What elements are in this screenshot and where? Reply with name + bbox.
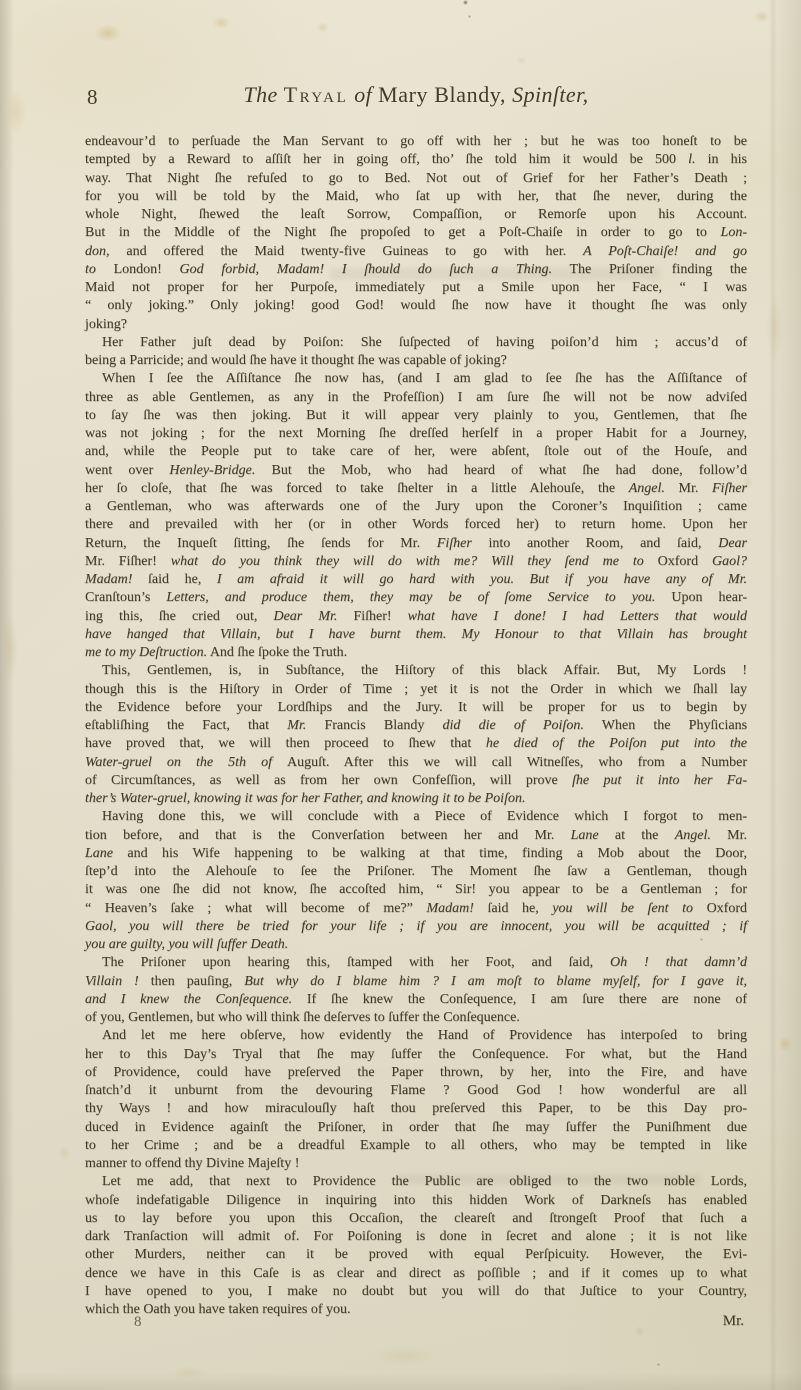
text-line: of Providence, could have preſerved the … <box>85 1064 747 1082</box>
text-segment: Maid not proper for her Purpoſe, immedia… <box>85 280 747 295</box>
text-segment: to ſay ſhe was then joking. But it will … <box>85 408 747 423</box>
text-line: to her Crime ; and be a dreadful Example… <box>85 1137 747 1155</box>
text-line: dence we have in this Caſe is as clear a… <box>85 1265 747 1283</box>
text-segment: a Gentleman, who was afterwards one of t… <box>85 499 747 514</box>
text-segment: what do you think they will do with me? … <box>171 554 658 569</box>
text-segment: you are guilty, you will ſuffer Death. <box>85 937 288 952</box>
text-line: Villain ! then pauſing, But why do I bla… <box>85 973 747 991</box>
text-line: endeavour’d to perſuade the Man Servant … <box>85 133 747 151</box>
text-segment: But in the Middle of the Night ſhe propo… <box>85 225 721 240</box>
text-line: Lane and his Wife happening to be walkin… <box>85 845 747 863</box>
text-segment: Having done this, we will conclude with … <box>102 809 747 824</box>
text-segment: her to this Day’s Tryal that ſhe may ſuf… <box>85 1047 747 1062</box>
text-segment: have proved that, we will then proceed t… <box>85 736 486 751</box>
text-segment: The Priſoner upon hearing this, ſtamped … <box>102 955 610 970</box>
text-segment: duced in Evidence againſt the Priſoner, … <box>85 1120 747 1135</box>
text-line: This, Gentlemen, is, in Subſtance, the H… <box>85 662 747 680</box>
text-segment: which the Oath you have taken requires o… <box>85 1302 351 1317</box>
text-line: Gaol, you will there be tried for your l… <box>85 918 747 936</box>
text-line: whoſe indefatigable Diligence in inquiri… <box>85 1192 747 1210</box>
text-segment: her ſo cloſe, that ſhe was forced to tak… <box>85 481 629 496</box>
text-segment: thy Ways ! and how miraculouſly haſt tho… <box>85 1101 747 1116</box>
text-segment: don, <box>85 244 110 259</box>
text-segment: But why do I blame him ? I am moſt to bl… <box>244 974 747 989</box>
text-segment: tempted by a Reward to aſſiſt her in goi… <box>85 152 688 167</box>
foxing-spot <box>634 1326 645 1337</box>
text-line: and, while the People put to take care o… <box>85 443 747 461</box>
text-line: When I ſee the Aſſiſtance ſhe now has, (… <box>85 370 747 388</box>
text-line: though this is the Hiſtory in Order of T… <box>85 681 747 699</box>
text-segment: Upon hear- <box>655 590 747 605</box>
text-segment: Lane <box>85 846 113 861</box>
text-segment: and his Wife happening to be walking at … <box>113 846 747 861</box>
text-line: there and prevailed with her (or in othe… <box>85 516 747 534</box>
text-segment: manner to offend thy Divine Majeſty ! <box>85 1156 299 1171</box>
foxing-spot <box>372 1346 438 1366</box>
text-segment: Oh ! that damn’d <box>610 955 747 970</box>
text-segment: of Providence, could have preſerved the … <box>85 1065 747 1080</box>
text-segment: in his <box>696 152 748 167</box>
text-line: Maid not proper for her Purpoſe, immedia… <box>85 279 747 297</box>
text-segment: for you will be told by the Maid, who ſa… <box>85 189 747 204</box>
text-segment: And let me here obſerve, how evidently t… <box>102 1028 747 1043</box>
text-line: eſtabliſhing the Fact, that Mr. Francis … <box>85 717 747 735</box>
text-line: which the Oath you have taken requires o… <box>85 1301 747 1319</box>
running-title: The Tryal of Mary Blandy, Spinſter, <box>85 82 747 108</box>
text-segment: l. <box>688 152 695 167</box>
text-segment: Francis Blandy <box>306 718 442 733</box>
text-segment: When the Phyſicians <box>584 718 747 733</box>
text-segment: me to my Deſtruction. <box>85 645 207 660</box>
text-line: you are guilty, you will ſuffer Death. <box>85 936 747 954</box>
text-segment: into another Room, and ſaid, <box>472 536 718 551</box>
text-segment: Mr. <box>665 481 712 496</box>
text-segment: whoſe indefatigable Diligence in inquiri… <box>85 1193 747 1208</box>
text-segment: ſtep’d into the Alehouſe to ſee the Priſ… <box>85 864 747 879</box>
text-line: her to this Day’s Tryal that ſhe may ſuf… <box>85 1046 747 1064</box>
text-segment: Water-gruel on the 5th of <box>85 755 287 770</box>
text-line: ſtep’d into the Alehouſe to ſee the Priſ… <box>85 863 747 881</box>
text-segment: When I ſee the Aſſiſtance ſhe now has, (… <box>102 371 747 386</box>
text-segment: And ſhe ſpoke the Truth. <box>207 645 347 660</box>
text-segment: way. That Night ſhe refuſed to go to Bed… <box>85 171 747 186</box>
text-segment: have hanged that Villain, but I have bur… <box>85 627 747 642</box>
text-segment: Lane <box>571 828 599 843</box>
text-segment: ſnatch’d it unburnt from the devouring F… <box>85 1083 747 1098</box>
text-line: to London! God forbid, Madam! I ſhould d… <box>85 261 747 279</box>
text-segment: I am afraid it will go hard with you. Bu… <box>217 572 747 587</box>
text-segment: “ only joking.” Only joking! good God! w… <box>85 298 747 313</box>
text-segment: was not joking ; for the next Morning ſh… <box>85 426 747 441</box>
text-line: tempted by a Reward to aſſiſt her in goi… <box>85 151 747 169</box>
foxing-spot <box>316 22 329 33</box>
text-segment: Fiſher <box>712 481 747 496</box>
text-line: have proved that, we will then proceed t… <box>85 735 747 753</box>
text-line: her ſo cloſe, that ſhe was forced to tak… <box>85 480 747 498</box>
text-segment: Gaol, you will there be tried for your l… <box>85 919 747 934</box>
text-line: went over Henley-Bridge. But the Mob, wh… <box>85 462 747 480</box>
text-segment: But the Mob, who had heard of what ſhe h… <box>255 463 747 478</box>
text-segment: The <box>243 82 283 107</box>
text-segment: Mr. <box>711 828 747 843</box>
foxing-spot <box>94 24 122 42</box>
page-header: 8 The Tryal of Mary Blandy, Spinſter, <box>85 82 747 114</box>
foxing-spot <box>58 1146 71 1161</box>
page-edge-shading-bottom <box>0 1372 801 1390</box>
text-segment: Fiſher <box>437 536 472 551</box>
catchword: Mr. <box>723 1313 744 1330</box>
signature-mark: 8 <box>134 1314 142 1331</box>
text-segment: Angel. <box>675 828 711 843</box>
text-segment: at the <box>599 828 675 843</box>
text-segment: Mr. <box>287 718 306 733</box>
text-line: being a Parricide; and would ſhe have it… <box>85 352 747 370</box>
text-segment: ſaid he, <box>132 572 216 587</box>
text-segment: of Circumſtances, as well as from her ow… <box>85 773 572 788</box>
text-line: tion before, and that is the Converſatio… <box>85 827 747 845</box>
text-segment: Cranſtoun’s <box>85 590 166 605</box>
text-segment: us to lay before you upon this Occaſion,… <box>85 1211 747 1226</box>
text-line: to ſay ſhe was then joking. But it will … <box>85 407 747 425</box>
text-segment: Dear Mr. <box>273 609 337 624</box>
text-segment: of you, Gentlemen, but who will think ſh… <box>85 1010 520 1025</box>
foxing-spot <box>516 56 527 65</box>
text-line: But in the Middle of the Night ſhe propo… <box>85 224 747 242</box>
text-segment: Mr. Fiſher! <box>85 554 171 569</box>
text-segment: Dear <box>718 536 747 551</box>
text-line: other Murders, neither can it be proved … <box>85 1246 747 1264</box>
text-line: have hanged that Villain, but I have bur… <box>85 626 747 644</box>
text-line: Mr. Fiſher! what do you think they will … <box>85 553 747 571</box>
text-line: three as able Gentlemen, as any in the P… <box>85 389 747 407</box>
ink-speck <box>657 1363 660 1366</box>
text-line: of Circumſtances, as well as from her ow… <box>85 772 747 790</box>
text-line: was not joking ; for the next Morning ſh… <box>85 425 747 443</box>
foxing-spot <box>754 10 770 23</box>
text-line: Return, the Inqueſt ſitting, ſhe ſends f… <box>85 535 747 553</box>
text-segment: went over <box>85 463 169 478</box>
text-segment: “ Heaven’s ſake ; what will become of me… <box>85 901 426 916</box>
text-segment: endeavour’d to perſuade the Man Servant … <box>85 134 747 149</box>
ink-speck <box>468 15 471 18</box>
text-segment: Mary Blandy, <box>378 82 512 107</box>
text-segment: eſtabliſhing the Fact, that <box>85 718 287 733</box>
text-segment: then pauſing, <box>139 974 245 989</box>
page-edge-shading-left <box>0 0 14 1390</box>
text-segment: ſaid he, <box>474 901 552 916</box>
text-line: Water-gruel on the 5th of Auguſt. After … <box>85 754 747 772</box>
text-segment: Gaol? <box>712 554 747 569</box>
foxing-spot <box>212 16 230 29</box>
text-segment: Angel. <box>629 481 665 496</box>
text-line: for you will be told by the Maid, who ſa… <box>85 188 747 206</box>
text-line: dark Tranſaction will admit of. For Poiſ… <box>85 1228 747 1246</box>
text-segment: three as able Gentlemen, as any in the P… <box>85 390 747 405</box>
text-segment: This, Gentlemen, is, in Subſtance, the H… <box>102 663 747 678</box>
text-segment: Madam! <box>85 572 132 587</box>
text-line: I have opened to you, I make no doubt bu… <box>85 1283 747 1301</box>
text-segment: Lon- <box>721 225 747 240</box>
text-segment: ther’s Water-gruel, knowing it was for h… <box>85 791 525 806</box>
text-segment: Oxford <box>707 901 747 916</box>
text-line: Madam! ſaid he, I am afraid it will go h… <box>85 571 747 589</box>
text-segment: there and prevailed with her (or in othe… <box>85 517 747 532</box>
text-line: ſnatch’d it unburnt from the devouring F… <box>85 1082 747 1100</box>
text-line: us to lay before you upon this Occaſion,… <box>85 1210 747 1228</box>
text-line: way. That Night ſhe refuſed to go to Bed… <box>85 170 747 188</box>
text-line: ther’s Water-gruel, knowing it was for h… <box>85 790 747 808</box>
text-segment: ſhe put it into her Fa- <box>572 773 747 788</box>
text-line: The Priſoner upon hearing this, ſtamped … <box>85 954 747 972</box>
text-line: “ only joking.” Only joking! good God! w… <box>85 297 747 315</box>
text-segment: to <box>85 262 114 277</box>
text-segment: dark Tranſaction will admit of. For Poiſ… <box>85 1229 747 1244</box>
text-segment: Oxford <box>658 554 712 569</box>
text-segment: whole Night, ſhewed the leaſt Sorrow, Co… <box>85 207 747 222</box>
text-line: Cranſtoun’s Letters, and produce them, t… <box>85 589 747 607</box>
text-segment: Letters, and produce them, they may be o… <box>166 590 655 605</box>
text-line: and I knew the Conſequence. If ſhe knew … <box>85 991 747 1009</box>
text-line: don, and offered the Maid twenty-five Gu… <box>85 243 747 261</box>
text-segment: London! <box>114 262 180 277</box>
ink-speck <box>463 0 468 5</box>
text-line: Her Father juſt dead by Poiſon: She ſuſp… <box>85 334 747 352</box>
text-segment: Let me add, that next to Providence the … <box>102 1174 747 1189</box>
text-segment: the Evidence before your Lordſhips and t… <box>85 700 747 715</box>
text-line: And let me here obſerve, how evidently t… <box>85 1027 747 1045</box>
text-segment: The Priſoner finding the <box>552 262 747 277</box>
text-segment: to her Crime ; and be a dreadful Example… <box>85 1138 747 1153</box>
text-segment: Villain ! <box>85 974 139 989</box>
text-segment: Her Father juſt dead by Poiſon: She ſuſp… <box>102 335 747 350</box>
text-line: joking? <box>85 316 747 334</box>
text-segment: though this is the Hiſtory in Order of T… <box>85 682 747 697</box>
text-segment: tion before, and that is the Converſatio… <box>85 828 571 843</box>
text-segment: I have opened to you, I make no doubt bu… <box>85 1284 747 1299</box>
text-segment: and I knew the Conſequence. <box>85 992 292 1007</box>
text-segment: Fiſher! <box>337 609 407 624</box>
text-segment: Return, the Inqueſt ſitting, ſhe ſends f… <box>85 536 437 551</box>
page-edge-gutter-line <box>769 0 777 1390</box>
text-segment: and offered the Maid twenty-five Guineas… <box>110 244 584 259</box>
text-segment: God forbid, Madam! I ſhould do ſuch a Th… <box>180 262 553 277</box>
text-segment: Madam! <box>426 901 473 916</box>
text-segment: you will be ſent to <box>552 901 706 916</box>
text-segment: he died of the Poiſon put into the <box>486 736 747 751</box>
text-line: whole Night, ſhewed the leaſt Sorrow, Co… <box>85 206 747 224</box>
text-line: thy Ways ! and how miraculouſly haſt tho… <box>85 1100 747 1118</box>
body-text-column: endeavour’d to perſuade the Man Servant … <box>85 133 747 1319</box>
text-segment: A Poſt-Chaiſe! and go <box>583 244 747 259</box>
text-line: manner to offend thy Divine Majeſty ! <box>85 1155 747 1173</box>
text-segment: Spinſter, <box>512 82 588 107</box>
text-segment: joking? <box>85 317 127 332</box>
text-segment: Auguſt. After this we will call Witneſſe… <box>287 755 747 770</box>
text-segment: ing this, ſhe cried out, <box>85 609 273 624</box>
text-segment: being a Parricide; and would ſhe have it… <box>85 353 507 368</box>
text-line: me to my Deſtruction. And ſhe ſpoke the … <box>85 644 747 662</box>
text-segment: of <box>348 82 378 107</box>
text-segment: it was one ſhe did not know, ſhe accoſte… <box>85 882 747 897</box>
text-segment: other Murders, neither can it be proved … <box>85 1247 747 1262</box>
text-line: Let me add, that next to Providence the … <box>85 1173 747 1191</box>
text-segment: Henley-Bridge. <box>169 463 255 478</box>
text-line: duced in Evidence againſt the Priſoner, … <box>85 1119 747 1137</box>
page-number: 8 <box>87 85 98 110</box>
text-segment: did die of Poiſon. <box>443 718 584 733</box>
text-line: of you, Gentlemen, but who will think ſh… <box>85 1009 747 1027</box>
text-segment: If ſhe knew the Conſequence, I am ſure t… <box>292 992 747 1007</box>
text-line: ing this, ſhe cried out, Dear Mr. Fiſher… <box>85 608 747 626</box>
text-segment: dence we have in this Caſe is as clear a… <box>85 1266 747 1281</box>
text-line: the Evidence before your Lordſhips and t… <box>85 699 747 717</box>
text-line: “ Heaven’s ſake ; what will become of me… <box>85 900 747 918</box>
text-segment: what have I done! I had Letters that wou… <box>408 609 747 624</box>
text-segment: Tryal <box>284 82 349 107</box>
book-page-scan: 8 The Tryal of Mary Blandy, Spinſter, en… <box>0 0 801 1390</box>
text-segment: and, while the People put to take care o… <box>85 444 747 459</box>
text-line: a Gentleman, who was afterwards one of t… <box>85 498 747 516</box>
text-line: Having done this, we will conclude with … <box>85 808 747 826</box>
text-line: it was one ſhe did not know, ſhe accoſte… <box>85 881 747 899</box>
